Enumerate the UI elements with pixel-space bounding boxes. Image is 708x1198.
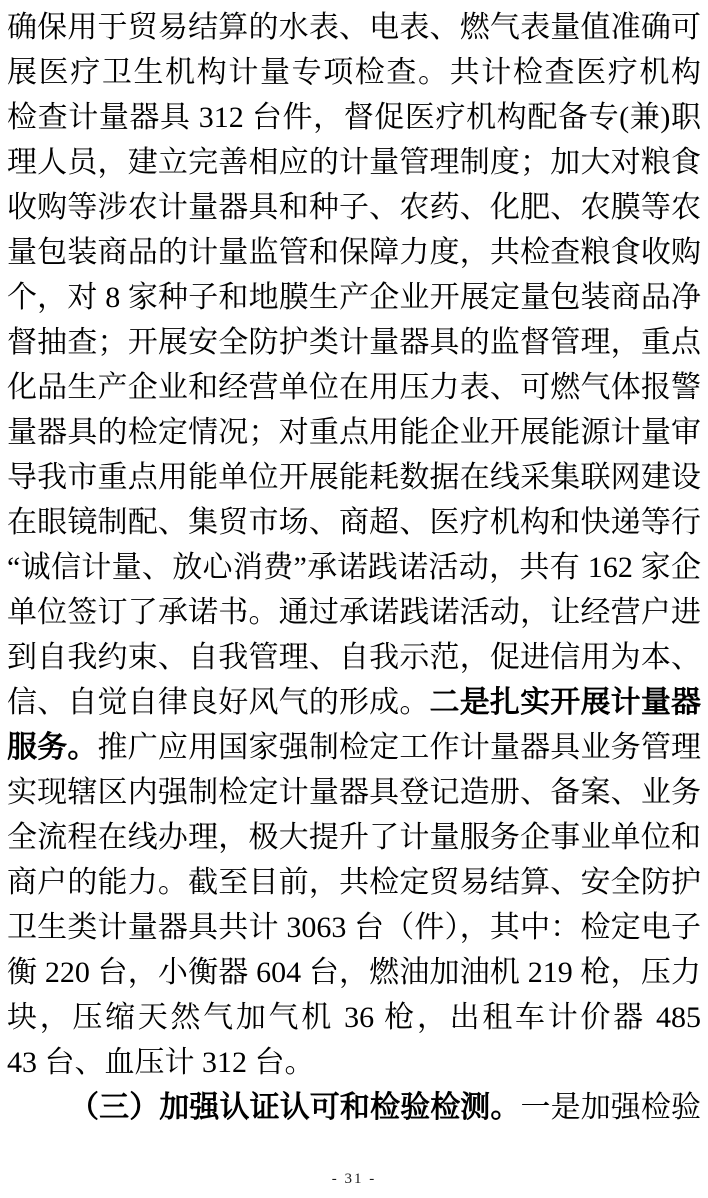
text-line: 展医疗卫生机构计量专项检查。共计检查医疗机构 27 家，: [7, 50, 701, 95]
text-line: 确保用于贸易结算的水表、电表、燃气表量值准确可靠；开: [7, 5, 701, 50]
text-segment: 全流程在线办理，极大提升了计量服务企事业单位和个体工: [7, 821, 701, 860]
text-line: （三）加强认证认可和检验检测。一是加强检验检测认: [7, 1085, 701, 1130]
text-line: 在眼镜制配、集贸市场、商超、医疗机构和快递等行业开展: [7, 500, 701, 545]
text-segment: 展医疗卫生机构计量专项检查。共计检查医疗机构 27 家，: [7, 56, 701, 95]
text-line: 43 台、血压计 312 台。: [7, 1040, 701, 1085]
text-segment: 卫生类计量器具共计 3063 台（件），其中：检定电子汽车: [7, 911, 701, 950]
text-line: 化品生产企业和经营单位在用压力表、可燃气体报警器等计: [7, 365, 701, 410]
text-segment: 衡 220 台，小衡器 604 台，燃油加油机 219 枪，压力表 1144: [7, 956, 701, 995]
text-line: 衡 220 台，小衡器 604 台，燃油加油机 219 枪，压力表 1144: [7, 950, 701, 995]
text-line: 督抽查；开展安全防护类计量器具的监督管理，重点检查危: [7, 320, 701, 365]
text-line: 导我市重点用能单位开展能耗数据在线采集联网建设工作；: [7, 455, 701, 500]
text-segment: 在眼镜制配、集贸市场、商超、医疗机构和快递等行业开展: [7, 506, 701, 545]
text-segment: 实现辖区内强制检定计量器具登记造册、备案、业务受理等: [7, 776, 701, 815]
text-line: 实现辖区内强制检定计量器具登记造册、备案、业务受理等: [7, 770, 701, 815]
bold-text-segment: （三）加强认证认可和检验检测。: [69, 1091, 521, 1124]
text-segment: 理人员，建立完善相应的计量管理制度；加大对粮食和棉花: [7, 146, 701, 185]
text-line: 单位签订了承诺书。通过承诺践诺活动，让经营户进一步做: [7, 590, 701, 635]
text-segment: 量包装商品的计量监管和保障力度，共检查粮食收购站点 5: [7, 236, 701, 275]
text-line: 检查计量器具 312 台件，督促医疗机构配备专(兼)职计量管: [7, 95, 701, 140]
bold-text-segment: 服务。: [7, 731, 98, 764]
text-line: 个，对 8 家种子和地膜生产企业开展定量包装商品净含量监: [7, 275, 701, 320]
text-line: 块，压缩天然气加气机 36 枪，出租车计价器 485 台，天平: [7, 995, 701, 1040]
text-line: 理人员，建立完善相应的计量管理制度；加大对粮食和棉花: [7, 140, 701, 185]
text-segment: 43 台、血压计 312 台。: [7, 1046, 315, 1079]
text-segment: 信、自觉自律良好风气的形成。: [7, 686, 430, 719]
text-line: 全流程在线办理，极大提升了计量服务企事业单位和个体工: [7, 815, 701, 860]
text-segment: 导我市重点用能单位开展能耗数据在线采集联网建设工作；: [7, 461, 701, 500]
text-segment: 收购等涉农计量器具和种子、农药、化肥、农膜等农资类定: [7, 191, 701, 230]
text-segment: 检查计量器具 312 台件，督促医疗机构配备专(兼)职计量管: [7, 101, 701, 140]
text-segment: 单位签订了承诺书。通过承诺践诺活动，让经营户进一步做: [7, 596, 701, 635]
text-segment: 确保用于贸易结算的水表、电表、燃气表量值准确可靠；开: [7, 11, 701, 50]
page-number: - 31 -: [0, 1171, 708, 1188]
text-line: 商户的能力。截至目前，共检定贸易结算、安全防护和医疗: [7, 860, 701, 905]
text-segment: 商户的能力。截至目前，共检定贸易结算、安全防护和医疗: [7, 866, 701, 905]
text-line: 量包装商品的计量监管和保障力度，共检查粮食收购站点 5: [7, 230, 701, 275]
text-line: 收购等涉农计量器具和种子、农药、化肥、农膜等农资类定: [7, 185, 701, 230]
text-block: 确保用于贸易结算的水表、电表、燃气表量值准确可靠；开展医疗卫生机构计量专项检查。…: [7, 5, 701, 1130]
text-segment: 个，对 8 家种子和地膜生产企业开展定量包装商品净含量监: [7, 281, 701, 320]
text-segment: 推广应用国家强制检定工作计量器具业务管理系统，: [7, 731, 701, 770]
text-segment: 化品生产企业和经营单位在用压力表、可燃气体报警器等计: [7, 371, 701, 410]
text-segment: 块，压缩天然气加气机 36 枪，出租车计价器 485 台，天平: [7, 1001, 701, 1040]
text-line: 量器具的检定情况；对重点用能企业开展能源计量审查，指: [7, 410, 701, 455]
text-line: 服务。推广应用国家强制检定工作计量器具业务管理系统，: [7, 725, 701, 770]
text-segment: “诚信计量、放心消费”承诺践诺活动，共有 162 家企事业: [7, 551, 701, 590]
text-line: 卫生类计量器具共计 3063 台（件），其中：检定电子汽车: [7, 905, 701, 950]
text-segment: 到自我约束、自我管理、自我示范，促进信用为本、诚实守: [7, 641, 701, 680]
text-line: 到自我约束、自我管理、自我示范，促进信用为本、诚实守: [7, 635, 701, 680]
text-line: “诚信计量、放心消费”承诺践诺活动，共有 162 家企事业: [7, 545, 701, 590]
document-page: 确保用于贸易结算的水表、电表、燃气表量值准确可靠；开展医疗卫生机构计量专项检查。…: [0, 0, 708, 1198]
text-segment: 督抽查；开展安全防护类计量器具的监督管理，重点检查危: [7, 326, 701, 365]
text-segment: 量器具的检定情况；对重点用能企业开展能源计量审查，指: [7, 416, 701, 455]
text-line: 信、自觉自律良好风气的形成。二是扎实开展计量器具检测: [7, 680, 701, 725]
